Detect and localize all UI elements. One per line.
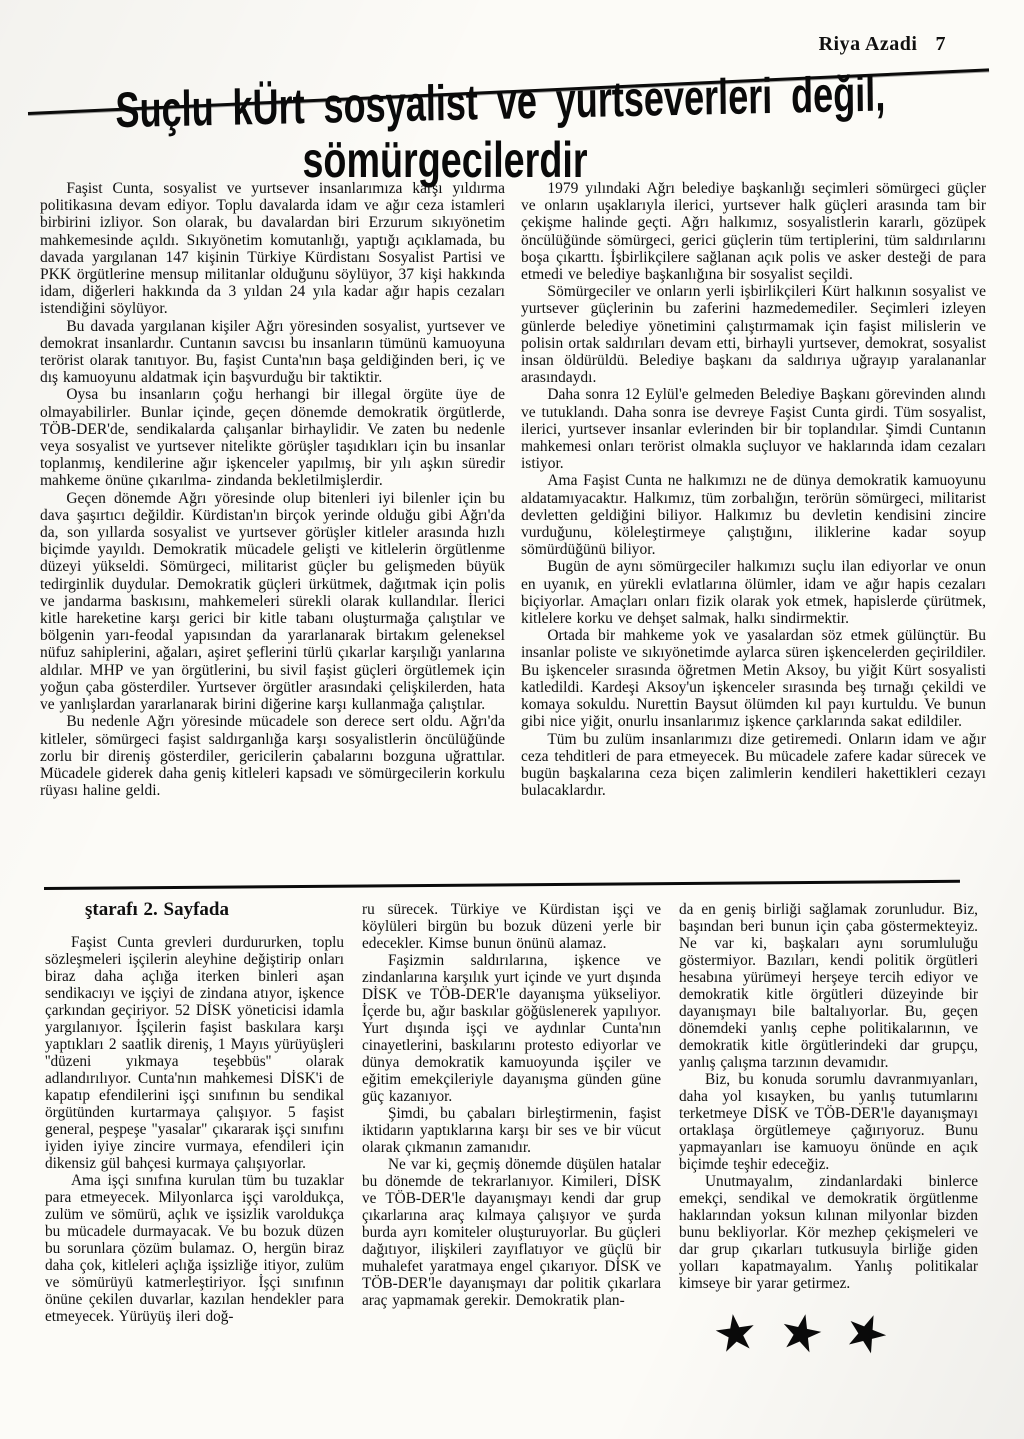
paragraph: Ortada bir mahkeme yok ve yasalardan söz…	[521, 627, 986, 730]
masthead: Riya Azadi7	[819, 33, 946, 56]
paragraph: Bu nedenle Ağrı yöresinde mücadele son d…	[40, 713, 505, 799]
main-article: Faşist Cunta, sosyalist ve yurtsever ins…	[40, 180, 986, 799]
continuation-label: ştarafı 2. Sayfada	[45, 901, 344, 918]
paragraph: Biz, bu konuda sorumlu davranmıyanları, …	[679, 1071, 978, 1173]
paragraph: Bu davada yargılanan kişiler Ağrı yöresi…	[40, 318, 505, 387]
paragraph: 1979 yılındaki Ağrı belediye başkanlığı …	[521, 180, 986, 283]
paragraph: ru sürecek. Türkiye ve Kürdistan işçi ve…	[362, 901, 661, 952]
paragraph: Ama işçi sınıfına kurulan tüm bu tuzakla…	[45, 1172, 344, 1325]
newspaper-page: Riya Azadi7 Suçlu kÜrt sosyalist ve yurt…	[0, 0, 1024, 1439]
article-column-left: Faşist Cunta, sosyalist ve yurtsever ins…	[40, 180, 505, 799]
star-icon: ★	[774, 1304, 828, 1362]
paragraph: Faşist Cunta grevleri durdururken, toplu…	[45, 934, 344, 1172]
paragraph: Unutmayalım, zindanlardaki binlerce emek…	[679, 1173, 978, 1292]
star-icon: ★	[710, 1305, 761, 1361]
paragraph: da en geniş birliği sağlamak zorunludur.…	[679, 901, 978, 1071]
masthead-title: Riya Azadi	[819, 33, 918, 55]
paragraph: Şimdi, bu çabaları birleştirmenin, faşis…	[362, 1105, 661, 1156]
paragraph: Ne var ki, geçmiş dönemde düşülen hatala…	[362, 1156, 661, 1309]
paragraph: Oysa bu insanların çoğu herhangi bir ill…	[40, 386, 505, 489]
paragraph: Daha sonra 12 Eylül'e gelmeden Belediye …	[521, 386, 986, 472]
paragraph: Tüm bu zulüm insanlarımızı dize getireme…	[521, 731, 986, 800]
paragraph: Faşizmin saldırılarına, işkence ve zinda…	[362, 952, 661, 1105]
page-number: 7	[936, 33, 947, 55]
continuation-column-2: ru sürecek. Türkiye ve Kürdistan işçi ve…	[362, 901, 661, 1358]
paragraph: Faşist Cunta, sosyalist ve yurtsever ins…	[40, 180, 505, 318]
paragraph: Sömürgeciler ve onların yerli işbirlikçi…	[521, 283, 986, 386]
end-stars: ★ ★ ★	[679, 1308, 978, 1358]
article-column-right: 1979 yılındaki Ağrı belediye başkanlığı …	[521, 180, 986, 799]
paragraph: Ama Faşist Cunta ne halkımızı ne de düny…	[521, 472, 986, 558]
paragraph: Geçen dönemde Ağrı yöresinde olup bitenl…	[40, 490, 505, 714]
paragraph: Bugün de aynı sömürgeciler halkımızı suç…	[521, 558, 986, 627]
star-icon: ★	[837, 1301, 897, 1364]
headline: Suçlu kÜrt sosyalist ve yurtseverleri de…	[30, 70, 970, 180]
continuation-column-1: ştarafı 2. Sayfada Faşist Cunta grevleri…	[45, 901, 344, 1358]
section-divider-rule	[44, 880, 960, 890]
continuation-article: ştarafı 2. Sayfada Faşist Cunta grevleri…	[45, 901, 978, 1358]
continuation-column-3: da en geniş birliği sağlamak zorunludur.…	[679, 901, 978, 1358]
